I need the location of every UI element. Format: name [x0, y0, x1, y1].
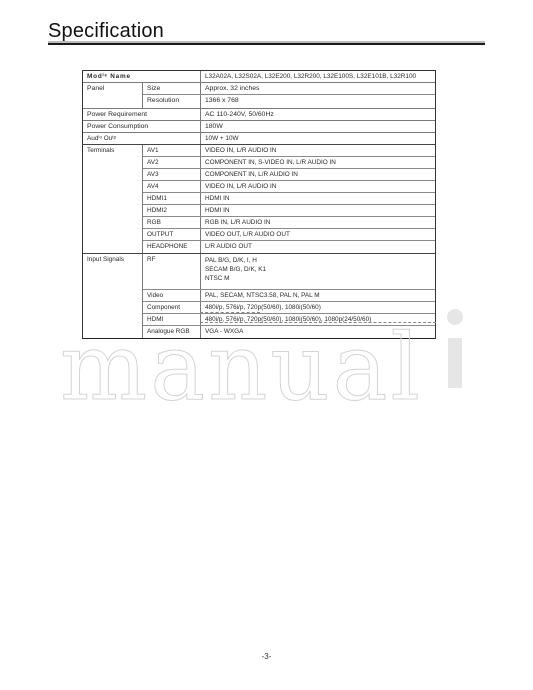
table-row: HDMI2HDMI IN [143, 205, 435, 217]
watermark-bar [448, 338, 462, 388]
terminal-label: AV4 [143, 181, 201, 192]
model-name-label: Modⁱᵉ Name [83, 71, 201, 82]
rf-value-line: SECAM B/G, D/K, K1 [205, 265, 431, 274]
title-underline [48, 41, 485, 45]
terminal-value: VIDEO OUT, L/R AUDIO OUT [201, 229, 435, 240]
table-row-power-consumption: Power Consumption 180W [83, 121, 435, 133]
table-row: AV2COMPONENT IN, S-VIDEO IN, L/R AUDIO I… [143, 157, 435, 169]
signal-value: PAL, SECAM, NTSC3.58, PAL N, PAL M [201, 290, 435, 301]
terminal-label: HEADPHONE [143, 241, 201, 253]
table-row: AV3COMPONENT IN, L/R AUDIO IN [143, 169, 435, 181]
terminal-value: L/R AUDIO OUT [201, 241, 435, 253]
audio-output-value: 10W + 10W [201, 133, 435, 144]
table-row-power-requirement: Power Requirement AC 110-240V, 50/60Hz [83, 109, 435, 121]
terminal-value: VIDEO IN, L/R AUDIO IN [201, 181, 435, 192]
terminal-value: RGB IN, L/R AUDIO IN [201, 217, 435, 228]
terminal-label: AV2 [143, 157, 201, 168]
terminal-value: HDMI IN [201, 205, 435, 216]
signal-label: Video [143, 290, 201, 301]
power-requirement-label: Power Requirement [83, 109, 201, 120]
rf-value-line: PAL B/G, D/K, I, H [205, 256, 431, 265]
table-row: AV4VIDEO IN, L/R AUDIO IN [143, 181, 435, 193]
terminal-label: HDMI1 [143, 193, 201, 204]
terminal-value: COMPONENT IN, S-VIDEO IN, L/R AUDIO IN [201, 157, 435, 168]
model-name-value: L32A02A, L32S02A, L32E200, L32R200, L32E… [201, 71, 435, 82]
rf-value-line: NTSC M [205, 274, 431, 283]
terminal-label: HDMI2 [143, 205, 201, 216]
terminal-value: COMPONENT IN, L/R AUDIO IN [201, 169, 435, 180]
signal-label: Component [143, 302, 201, 313]
terminal-label: OUTPUT [143, 229, 201, 240]
page-number: -3- [0, 652, 533, 661]
specification-table: Modⁱᵉ Name L32A02A, L32S02A, L32E200, L3… [82, 70, 436, 339]
table-row-rf: RF PAL B/G, D/K, I, H SECAM B/G, D/K, K1… [143, 254, 435, 290]
terminal-value: VIDEO IN, L/R AUDIO IN [201, 145, 435, 156]
power-consumption-value: 180W [201, 121, 435, 132]
terminal-label: AV1 [143, 145, 201, 156]
table-row: HEADPHONEL/R AUDIO OUT [143, 241, 435, 253]
table-row: OUTPUTVIDEO OUT, L/R AUDIO OUT [143, 229, 435, 241]
terminal-label: RGB [143, 217, 201, 228]
panel-resolution-value: 1366 x 768 [201, 95, 435, 108]
panel-resolution-label: Resolution [143, 95, 201, 108]
power-consumption-label: Power Consumption [83, 121, 201, 132]
table-row-audio-output: Audⁱᵒ Ouᵗᵖ 10W + 10W [83, 133, 435, 145]
table-row: Size Approx. 32 inches [143, 83, 435, 95]
table-row: HDMI1HDMI IN [143, 193, 435, 205]
page-title: Specification [48, 20, 164, 43]
table-row: VideoPAL, SECAM, NTSC3.58, PAL N, PAL M [143, 290, 435, 302]
power-requirement-value: AC 110-240V, 50/60Hz [201, 109, 435, 120]
rf-values: PAL B/G, D/K, I, H SECAM B/G, D/K, K1 NT… [201, 254, 435, 289]
terminal-value: HDMI IN [201, 193, 435, 204]
panel-size-label: Size [143, 83, 201, 94]
table-row-model-name: Modⁱᵉ Name L32A02A, L32S02A, L32E200, L3… [83, 71, 435, 83]
watermark-text: manual [60, 322, 423, 414]
terminal-label: AV3 [143, 169, 201, 180]
panel-size-value: Approx. 32 inches [201, 83, 435, 94]
watermark-dot [447, 309, 463, 325]
terminals-label: Terminals [83, 145, 143, 253]
rf-label: RF [143, 254, 201, 289]
audio-output-label: Audⁱᵒ Ouᵗᵖ [83, 133, 201, 144]
table-row: Component480i/p, 576i/p, 720p(50/60), 10… [143, 302, 435, 314]
table-row: AV1VIDEO IN, L/R AUDIO IN [143, 145, 435, 157]
table-group-panel: Panel Size Approx. 32 inches Resolution … [83, 83, 435, 109]
table-group-terminals: Terminals AV1VIDEO IN, L/R AUDIO IN AV2C… [83, 145, 435, 254]
table-row: Resolution 1366 x 768 [143, 95, 435, 108]
table-row: RGBRGB IN, L/R AUDIO IN [143, 217, 435, 229]
panel-label: Panel [83, 83, 143, 108]
